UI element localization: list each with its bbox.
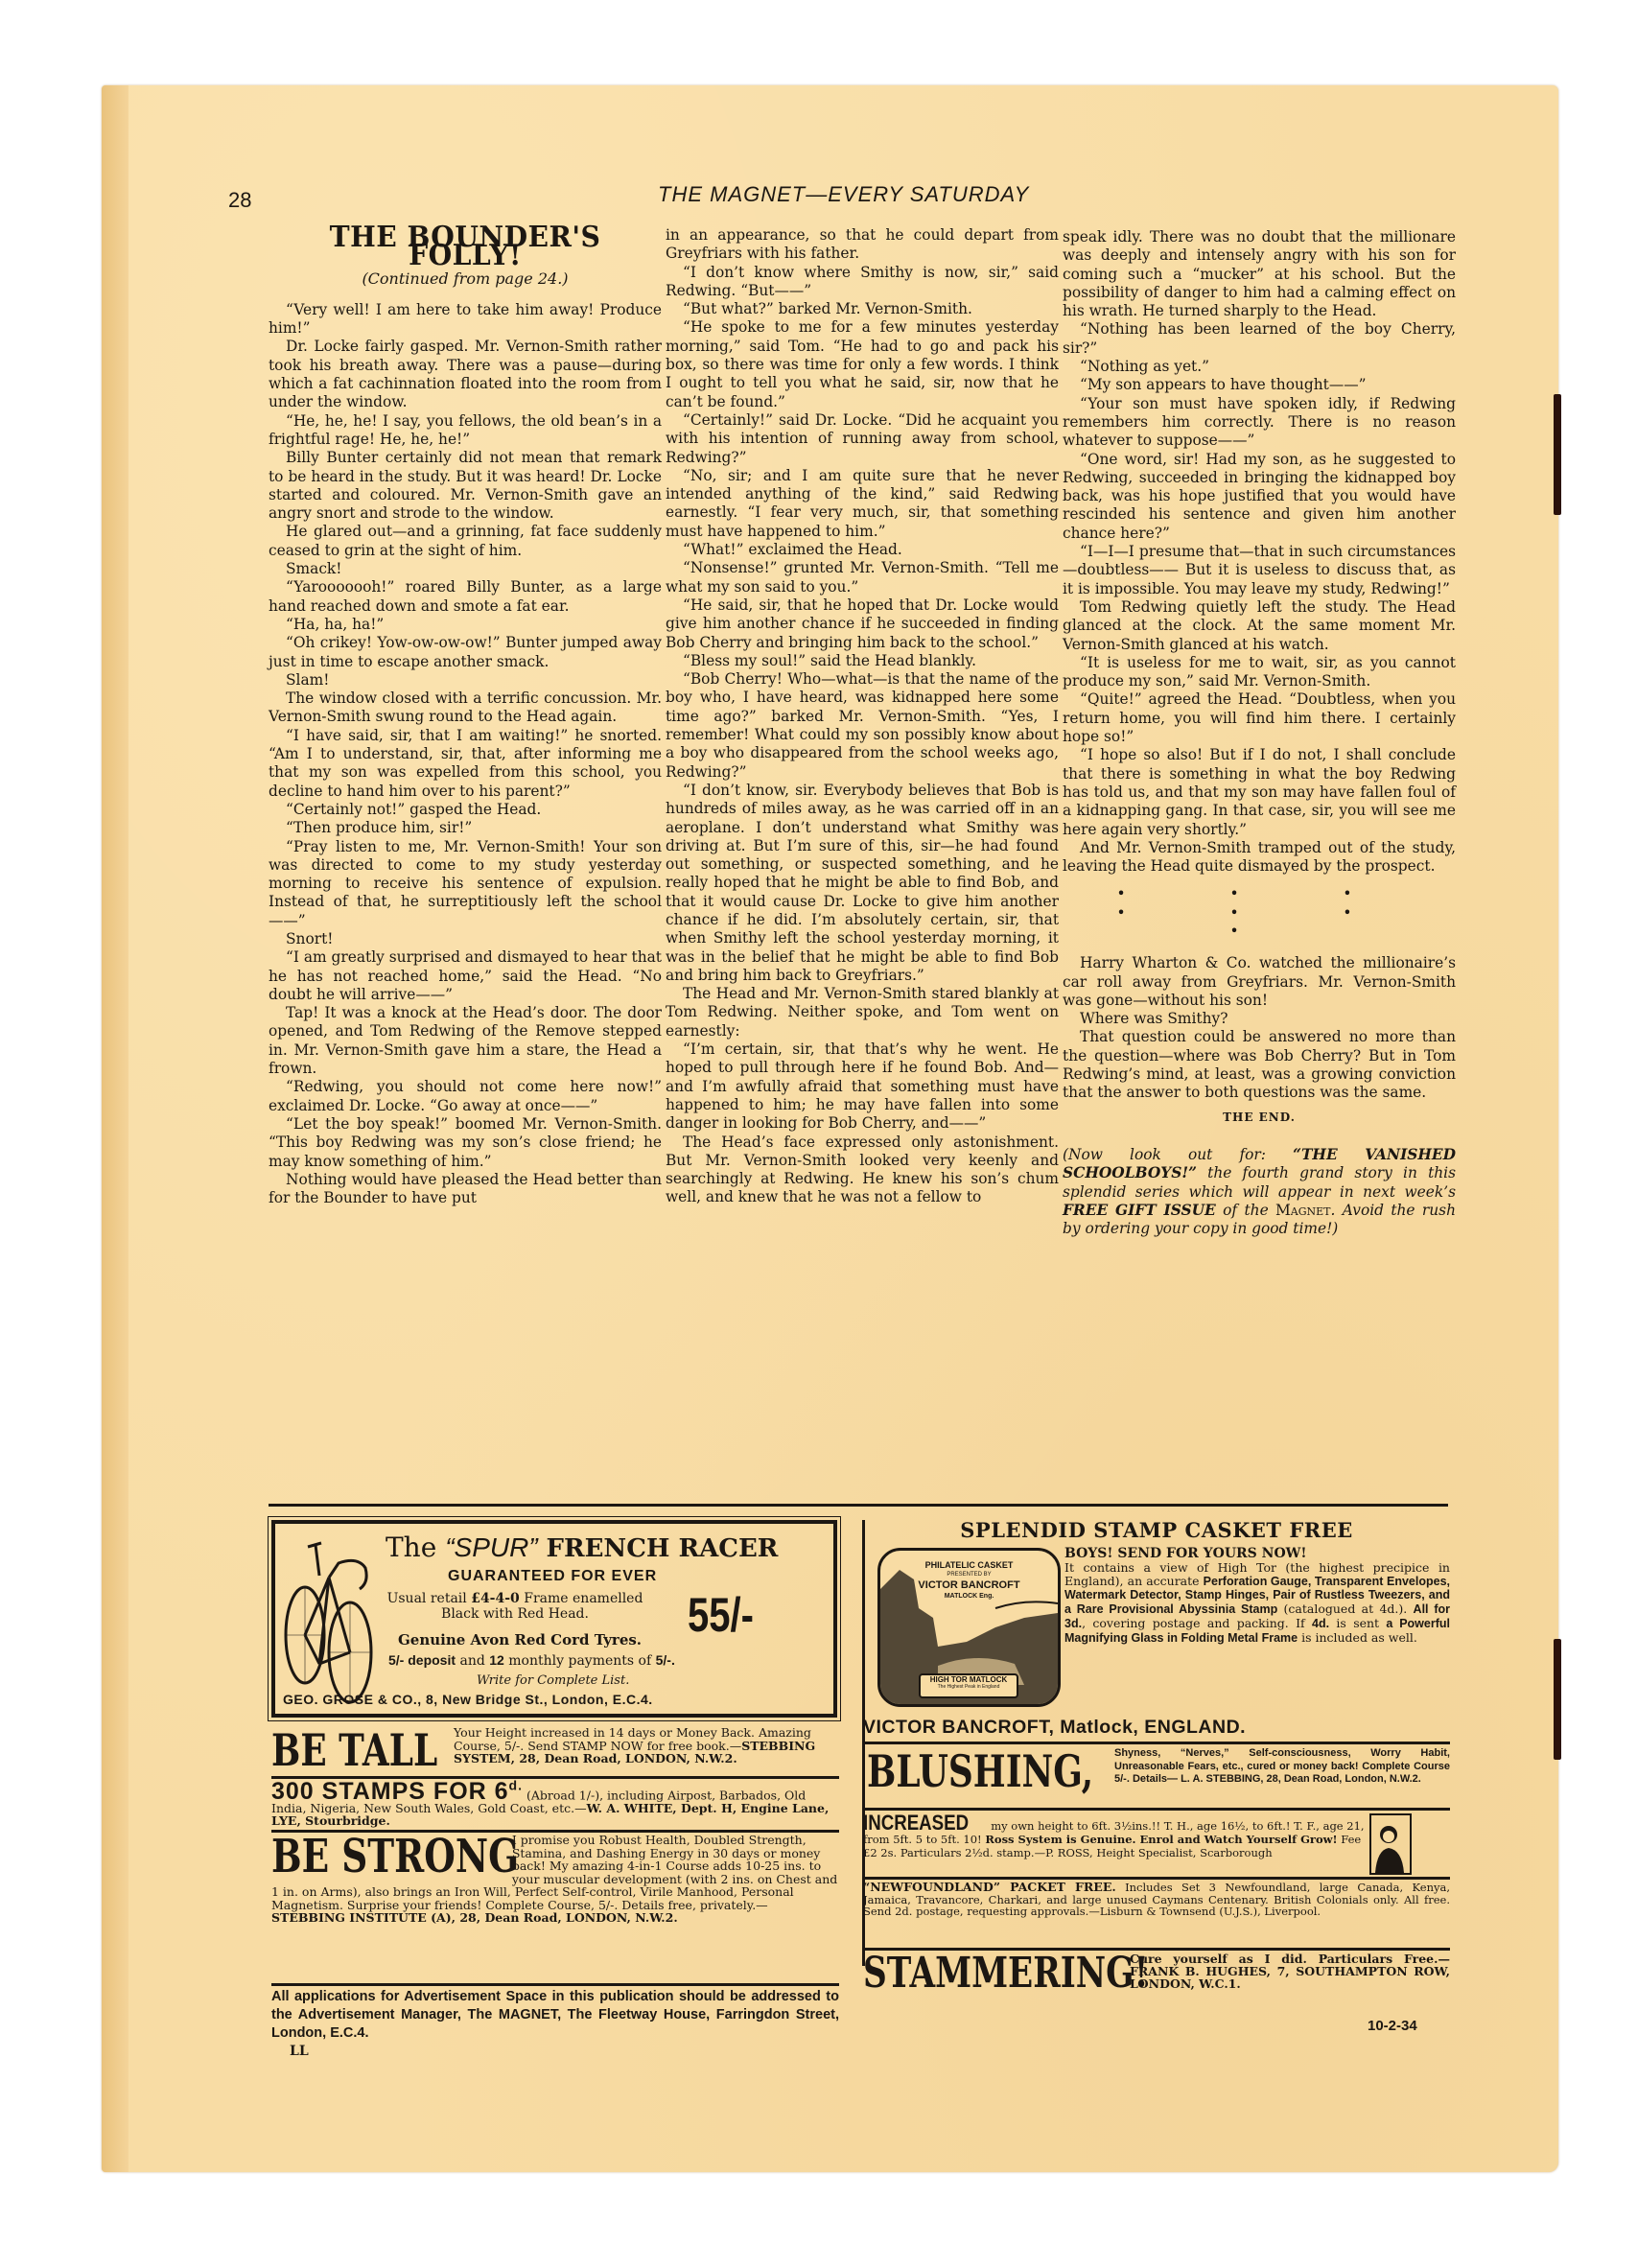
column-1-body: “Very well! I am here to take him away! … [269,301,662,1208]
newfoundland-packet-advert: “NEWFOUNDLAND” PACKET FREE. Includes Set… [863,1882,1450,1918]
section-break-dots: • • • • • • • [1063,885,1456,941]
story-paragraph: “I—I—I presume that—that in such circums… [1063,543,1456,598]
story-paragraph: “Bless my soul!” said the Head blankly. [666,652,1059,670]
story-paragraph: “My son appears to have thought——” [1063,376,1456,394]
story-paragraph: “Nothing as yet.” [1063,358,1456,376]
story-paragraph: “I don’t know, sir. Everybody believes t… [666,782,1059,985]
story-paragraph: Where was Smithy? [1063,1010,1456,1028]
story-column-1: THE BOUNDER'S FOLLY! (Continued from pag… [269,228,662,1207]
story-paragraph: “Very well! I am here to take him away! … [269,301,662,339]
bike-ad-title: The “SPUR” FRENCH RACER [386,1531,778,1563]
stamp-casket-illustration: PHILATELIC CASKET PRESENTED BY VICTOR BA… [877,1548,1061,1707]
bike-ad-address: GEO. GROSE & CO., 8, New Bridge St., Lon… [283,1692,653,1707]
story-paragraph: Slam! [269,671,662,690]
story-paragraph: in an appearance, so that he could depar… [666,226,1059,264]
next-week-notice: (Now look out for: “THE VANISHED SCHOOLB… [1063,1146,1456,1238]
issue-date: 10-2-34 [1368,2018,1417,2034]
story-paragraph: The window closed with a terrific concus… [269,690,662,727]
story-column-2: in an appearance, so that he could depar… [666,226,1059,1207]
column-3-epilogue: Harry Wharton & Co. watched the milliona… [1063,954,1456,1102]
staple-mark [1554,1639,1561,1760]
story-paragraph: “Quite!” agreed the Head. “Doubtless, wh… [1063,690,1456,746]
staple-mark [1554,394,1561,515]
column-2-body: in an appearance, so that he could depar… [666,226,1059,1207]
story-paragraph: “Your son must have spoken idly, if Redw… [1063,395,1456,451]
story-paragraph: “One word, sir! Had my son, as he sugges… [1063,451,1456,543]
story-paragraph: “Bob Cherry! Who—what—is that the name o… [666,670,1059,782]
story-paragraph: “But what?” barked Mr. Vernon-Smith. [666,300,1059,318]
story-paragraph: “Redwing, you should not come here now!”… [269,1078,662,1115]
tyres-line: Genuine Avon Red Cord Tyres. [398,1631,642,1648]
story-paragraph: “Pray listen to me, Mr. Vernon-Smith! Yo… [269,838,662,930]
stamp-casket-headline: SPLENDID STAMP CASKET FREE [863,1518,1450,1542]
stammering-advert: STAMMERING! Cure yourself as I did. Part… [863,1952,1450,2010]
story-paragraph: “Let the boy speak!” boomed Mr. Vernon-S… [269,1115,662,1171]
story-paragraph: “Nothing has been learned of the boy Che… [1063,320,1456,358]
man-portrait-icon [1369,1813,1412,1875]
story-column-3: speak idly. There was no doubt that the … [1063,228,1456,1238]
running-header: THE MAGNET—EVERY SATURDAY [658,182,1029,207]
blushing-advert: BLUSHING, Shyness, “Nerves,” Self-consci… [863,1745,1450,1805]
stammering-headline: STAMMERING! [863,1952,1149,1995]
bike-advert: The “SPUR” FRENCH RACER GUARANTEED FOR E… [271,1520,837,1718]
story-paragraph: “Then produce him, sir!” [269,819,662,837]
be-strong-advert: BE STRONGI promise you Robust Health, Do… [271,1834,839,1925]
story-paragraph: Nothing would have pleased the Head bett… [269,1171,662,1208]
column-3-body: speak idly. There was no doubt that the … [1063,228,1456,876]
story-paragraph: The Head and Mr. Vernon-Smith stared bla… [666,985,1059,1040]
stamp-casket-body: BOYS! SEND FOR YOURS NOW! It contains a … [1064,1548,1450,1646]
story-paragraph: “Certainly!” said Dr. Locke. “Did he acq… [666,411,1059,467]
free-gift-label: FREE GIFT ISSUE [1063,1202,1216,1219]
story-paragraph: Billy Bunter certainly did not mean that… [269,449,662,523]
page-spine-edge [102,85,129,2172]
story-paragraph: “Oh crikey! Yow-ow-ow-ow!” Bunter jumped… [269,634,662,671]
story-paragraph: “What!” exclaimed the Head. [666,541,1059,559]
deposit-line: 5/- deposit and 12 monthly payments of 5… [388,1652,675,1669]
story-title: THE BOUNDER'S FOLLY! [280,228,649,266]
casket-banner: HIGH TOR MATLOCKThe Highest Peak in Engl… [919,1673,1018,1698]
guarantee-line: GUARANTEED FOR EVER [448,1568,657,1585]
story-paragraph: “No, sir; and I am quite sure that he ne… [666,467,1059,541]
retail-line: Usual retail £4-4-0 Frame enamelled Blac… [381,1591,649,1622]
the-end-label: THE END. [1063,1109,1456,1127]
be-strong-headline: BE STRONG [271,1834,519,1880]
stamps-300-advert: 300 STAMPS FOR 6d. (Abroad 1/-), includi… [271,1780,839,1828]
story-paragraph: Tap! It was a knock at the Head’s door. … [269,1004,662,1078]
story-paragraph: Smack! [269,560,662,578]
story-paragraph: That question could be answered no more … [1063,1028,1456,1102]
blushing-headline: BLUSHING, [867,1749,1093,1793]
be-tall-advert: BE TALL Your Height increased in 14 days… [271,1726,839,1776]
bike-price: 55/- [688,1587,754,1643]
story-paragraph: “Nonsense!” grunted Mr. Vernon-Smith. “T… [666,559,1059,596]
story-paragraph: “It is useless for me to wait, sir, as y… [1063,654,1456,691]
ad-rule [863,1742,1450,1744]
ads-divider-rule [269,1504,1448,1507]
story-paragraph: “Ha, ha, ha!” [269,616,662,634]
story-paragraph: “I am greatly surprised and dismayed to … [269,948,662,1004]
story-paragraph: “I have said, sir, that I am waiting!” h… [269,727,662,801]
story-paragraph: “I hope so also! But if I do not, I shal… [1063,746,1456,838]
bicycle-illustration-icon [281,1530,377,1707]
ad-rule [271,1983,839,1986]
story-paragraph: “He spoke to me for a few minutes yester… [666,318,1059,410]
story-paragraph: speak idly. There was no doubt that the … [1063,228,1456,320]
story-paragraph: Harry Wharton & Co. watched the milliona… [1063,954,1456,1010]
increased-headline: INCREASED [863,1812,969,1834]
story-paragraph: The Head’s face expressed only astonishm… [666,1134,1059,1207]
story-paragraph: He glared out—and a grinning, fat face s… [269,523,662,560]
story-paragraph: And Mr. Vernon-Smith tramped out of the … [1063,839,1456,877]
be-strong-address: STEBBING INSTITUTE (A), 28, Dean Road, L… [271,1910,678,1925]
story-paragraph: “He, he, he! I say, you fellows, the old… [269,412,662,450]
advertising-enquiries-note: All applications for Advertisement Space… [271,1988,839,2043]
story-paragraph: “Certainly not!” gasped the Head. [269,801,662,819]
magnet-name: Magnet [1275,1202,1330,1219]
story-paragraph: Snort! [269,930,662,948]
victor-bancroft-address: VICTOR BANCROFT, Matlock, ENGLAND. [863,1717,1450,1739]
write-for-list: Write for Complete List. [477,1673,629,1688]
printer-mark: LL [290,2044,309,2059]
story-paragraph: Tom Redwing quietly left the study. The … [1063,598,1456,654]
story-paragraph: “I don’t know where Smithy is now, sir,”… [666,264,1059,301]
story-paragraph: “I’m certain, sir, that that’s why he we… [666,1040,1059,1133]
story-paragraph: “He said, sir, that he hoped that Dr. Lo… [666,596,1059,652]
boys-callout: BOYS! SEND FOR YOURS NOW! [1064,1548,1450,1561]
story-paragraph: Dr. Locke fairly gasped. Mr. Vernon-Smit… [269,338,662,411]
increased-height-advert: INCREASED my own height to 6ft. 3½ins.!!… [863,1812,1450,1874]
story-paragraph: “Yarooooooh!” roared Billy Bunter, as a … [269,578,662,616]
page-number: 28 [228,188,251,213]
be-tall-headline: BE TALL [271,1728,437,1772]
